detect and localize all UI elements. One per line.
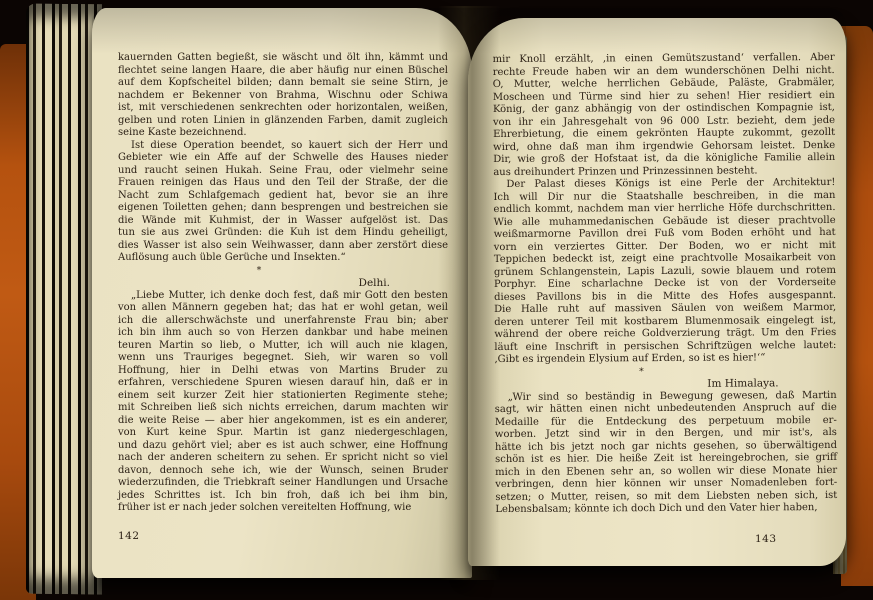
text-line: nachdem er Bekenner von Brahma, Wischnu … — [118, 90, 448, 103]
text-line: jedes Schrittes ist. Ich bin froh, daß i… — [118, 490, 448, 503]
right-page-text: mir Knoll erzählt, ‚in einen Gemütszusta… — [493, 52, 838, 517]
book-photo: kauernden Gatten begießt, sie wäscht und… — [0, 0, 873, 600]
text-line: davon, dennoch sehe ich, wie der Wunsch,… — [118, 465, 448, 478]
text-line: Gebieter wie ein Affe auf der Schwelle d… — [118, 152, 448, 165]
text-line: die Wände mit Kuhmist, der in Wasser auf… — [118, 215, 448, 228]
text-line: und dazu gehört viel; aber es ist auch s… — [118, 440, 448, 453]
text-line: Nacht zum Schlafgemach gedient hat, bevo… — [118, 190, 448, 203]
text-line: von Kurt keine Spur. Martin ist ganz nie… — [118, 427, 448, 440]
text-line: ich die allerschwächste und unerfahrenst… — [118, 315, 448, 328]
text-line: wiederzufinden, die Triebkraft seiner Ha… — [118, 477, 448, 490]
section-heading: Delhi. — [118, 277, 448, 290]
text-line: erfahren, verschiedene Spuren wiesen dar… — [118, 377, 448, 390]
text-line: Ist diese Operation beendet, so kauert s… — [118, 140, 448, 153]
text-line: und raucht seinen Hukah. Seine Frau, ode… — [118, 165, 448, 178]
text-line: einem seit kurzer Zeit hier stationierte… — [118, 390, 448, 403]
text-line: eigenen Toiletten gehen; dann besprengen… — [118, 202, 448, 215]
text-line: Hoffnung, hier in Delhi etwas von Martin… — [118, 365, 448, 378]
paragraph: „Wir sind so beständig in Bewegung gewes… — [495, 389, 838, 516]
text-line: flechtet seine langen Haare, die aber hä… — [118, 65, 448, 78]
text-line: ich bin ihm auch so von Herzen dankbar u… — [118, 327, 448, 340]
section-separator-star: * — [118, 265, 448, 278]
text-line: auf dem Kopfscheitel bilden; dann bemalt… — [118, 77, 448, 90]
text-line: nach der anderen scheitern zu sehen. Er … — [118, 452, 448, 465]
text-line: früher ist er nach jeder solchen vereite… — [118, 502, 448, 515]
text-line: wenn uns Trauriges begegnet. Sieh, wir w… — [118, 352, 448, 365]
text-line: mit Schreiben ließ sich nichts erreichen… — [118, 402, 448, 415]
text-line: Frauen reinigen das Haus und den Teil de… — [118, 177, 448, 190]
paragraph: Ist diese Operation beendet, so kauert s… — [118, 140, 448, 265]
page-number: 142 — [118, 530, 140, 542]
page-number: 143 — [755, 533, 777, 545]
text-line: „Liebe Mutter, ich denke doch fest, daß … — [118, 290, 448, 303]
text-line: seine Kaste bezeichnend. — [118, 127, 448, 140]
text-line: von allen Männern gegeben hat; das hat e… — [118, 302, 448, 315]
stacked-page-edges-left — [26, 4, 102, 595]
text-line: Auflösung auch üble Gerüche und Insekten… — [118, 252, 448, 265]
text-line: Lebensbalsam; könnte ich doch Dich und d… — [495, 502, 837, 517]
text-line: kauernden Gatten begießt, sie wäscht und… — [118, 52, 448, 65]
left-page-text: kauernden Gatten begießt, sie wäscht und… — [118, 52, 448, 515]
paragraph: mir Knoll erzählt, ‚in einen Gemütszusta… — [493, 52, 836, 179]
text-line: läuft eine Inschrift in persischen Schri… — [494, 339, 836, 354]
text-line: Dir, wie groß der Hofstaat ist, da die k… — [493, 152, 835, 167]
text-line: dies Wasser ist also sein Weihwasser, da… — [118, 240, 448, 253]
text-line: gelben und roten Linien in glänzenden Fa… — [118, 115, 448, 128]
text-line: tun sie aus zwei Gründen: die Kuh ist de… — [118, 227, 448, 240]
text-line: die weite Reise — aber hier angekommen, … — [118, 415, 448, 428]
paragraph: kauernden Gatten begießt, sie wäscht und… — [118, 52, 448, 140]
paragraph: Der Palast dieses Königs ist eine Perle … — [493, 177, 836, 367]
text-line: ist, mit verschiedenen senkrechten oder … — [118, 102, 448, 115]
paragraph: „Liebe Mutter, ich denke doch fest, daß … — [118, 290, 448, 515]
text-line: teuren Martin so lieb, o Mutter, ich wil… — [118, 340, 448, 353]
